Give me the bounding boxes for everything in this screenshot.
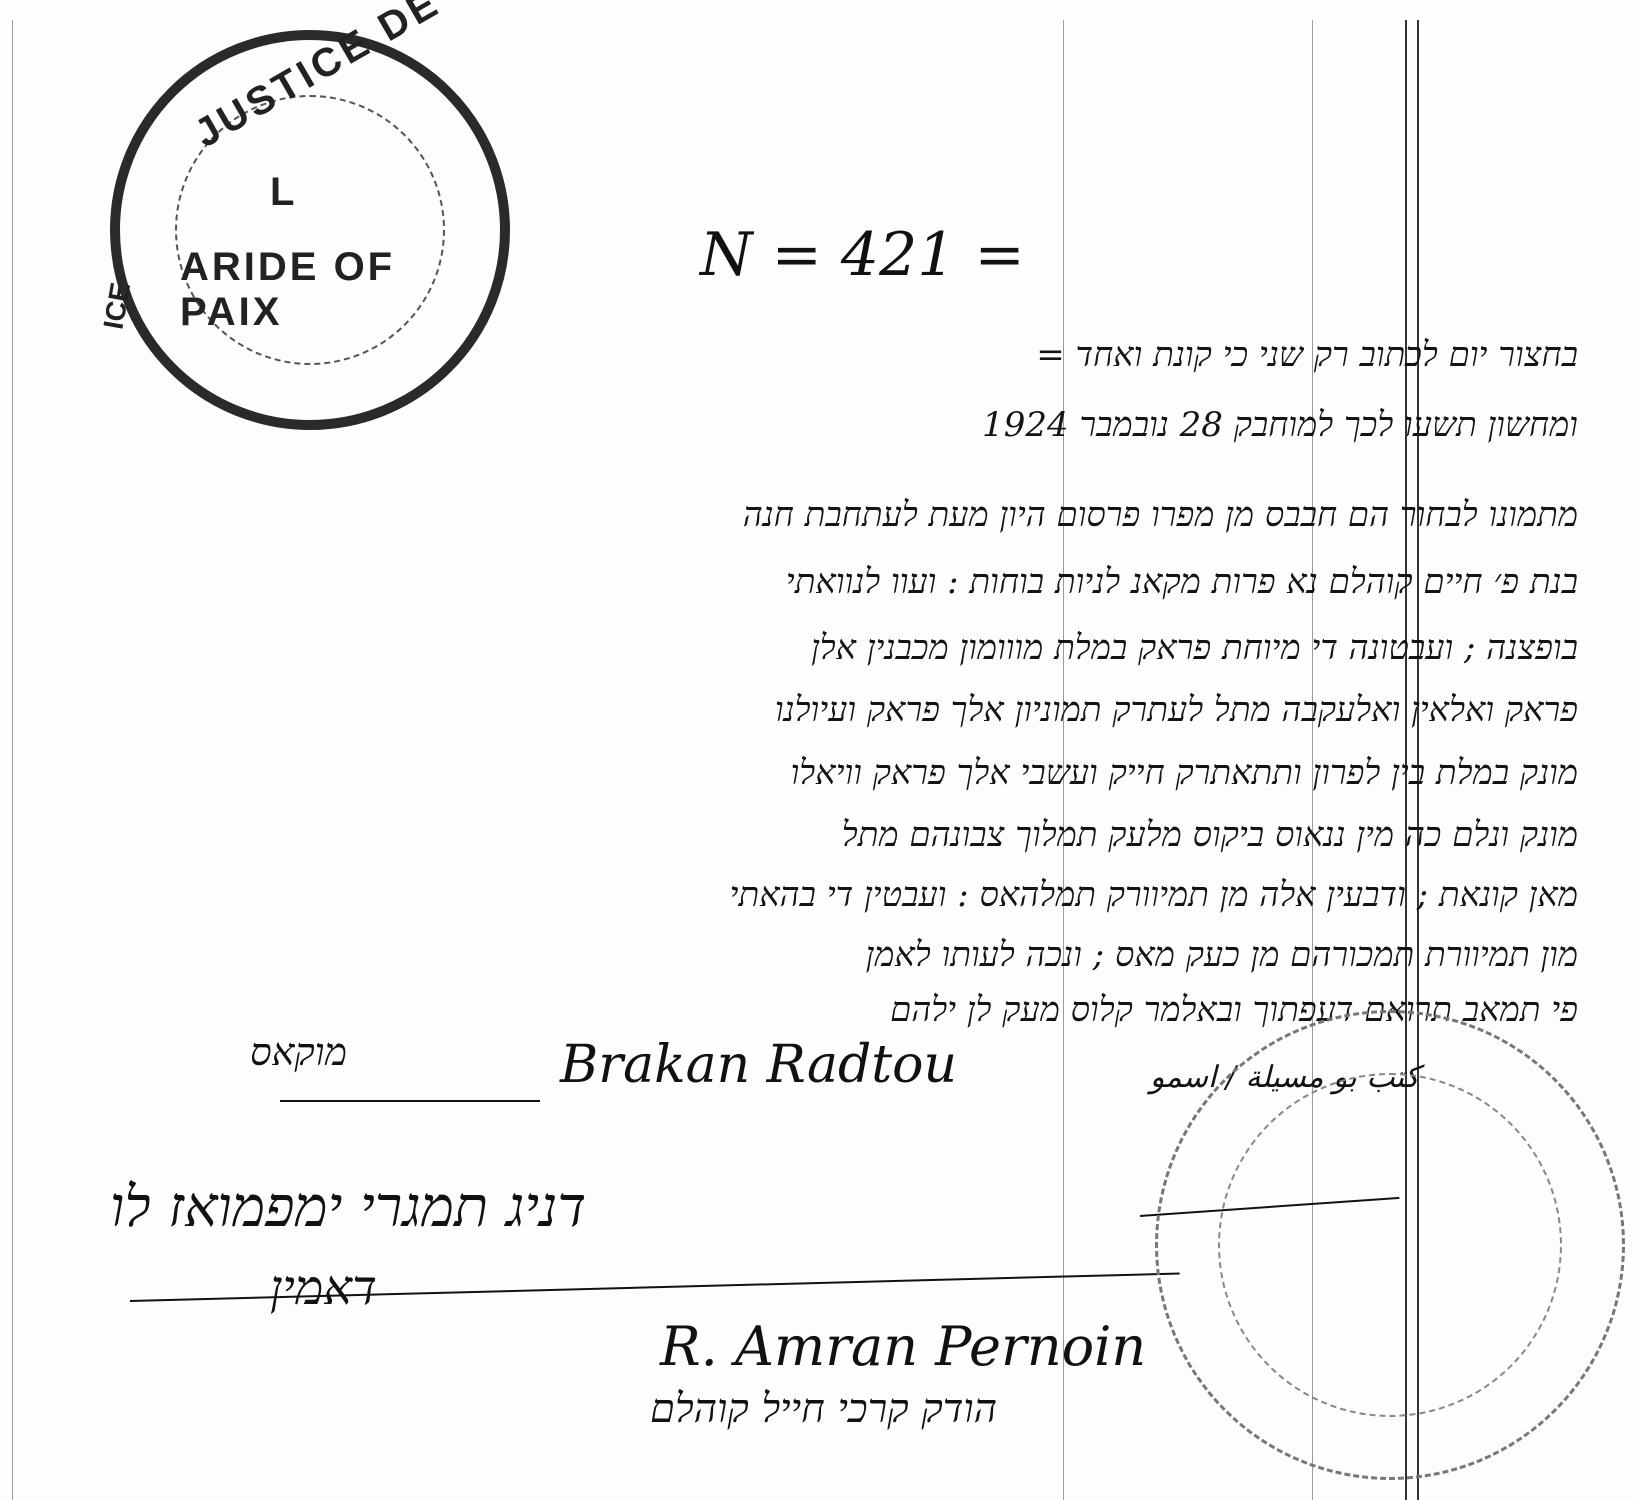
body-line: ומחשון תשעו לכך למוחבק 28 נובמבר 1924 <box>982 405 1578 445</box>
document-number: N = 421 = <box>700 220 1025 290</box>
seal-inner-ring <box>1218 1073 1562 1417</box>
signature-latin-amran: R. Amran Pernoin <box>660 1315 1146 1378</box>
signature-latin-brakan: Brakan Radtou <box>560 1035 957 1095</box>
margin-line-left <box>12 20 13 1500</box>
body-line: מונק ונלם כה מין ננאוס ביקוס מלעק תמלוך … <box>842 815 1578 855</box>
body-line: בופצנה ; ועבטונה די מיוחת פראק במלת מווו… <box>811 628 1578 668</box>
signature-hebrew-title: הודק קרכי חייל קוהלם <box>650 1385 997 1432</box>
body-line: פראק ואלאין ואלעקבה מתל לעתרק תמוניון אל… <box>775 690 1578 730</box>
body-line: מאן קונאת ; ודבעין אלה מן תמיוורק תמלהאס… <box>730 875 1578 915</box>
seal-left-text: ICE <box>98 280 138 332</box>
signature-hebrew-2: דניג תמגרי ימפמואז לו <box>110 1175 586 1240</box>
signature-hebrew-1: מוקאס <box>250 1030 347 1075</box>
justice-de-paix-seal: JUSTICE DE ICE L ARIDE OF PAIX <box>110 30 510 430</box>
signature-hebrew-3: דאמין <box>270 1260 377 1316</box>
scanned-document: JUSTICE DE ICE L ARIDE OF PAIX N = 421 =… <box>0 0 1638 1500</box>
body-line: בנת פ׳ חיים קוהלם נא פרות מקאנ לניות בוח… <box>786 562 1578 602</box>
seal-center-line-2: ARIDE OF PAIX <box>180 245 500 335</box>
signature-flourish-1 <box>280 1100 540 1102</box>
body-line: פי תמאב תרואם דעפתוך ובאלמר קלוס מעק לן … <box>890 990 1578 1030</box>
body-line: בחצור יום לכתוב רק שני כי קונת ואחד = <box>1036 335 1578 375</box>
body-line: מון תמיוורת תמכורהם מן כעק מאס ; ונכה לע… <box>866 935 1578 975</box>
seal-center-line-1: L <box>270 170 294 215</box>
body-line: מונק במלת בין לפרון ותתאתרק חייק ועשבי א… <box>791 753 1578 793</box>
rabbinical-seal <box>1155 1010 1625 1480</box>
body-line: מתמונו לבחור הם חבבס מן מפרו פרסום היון … <box>743 495 1578 535</box>
